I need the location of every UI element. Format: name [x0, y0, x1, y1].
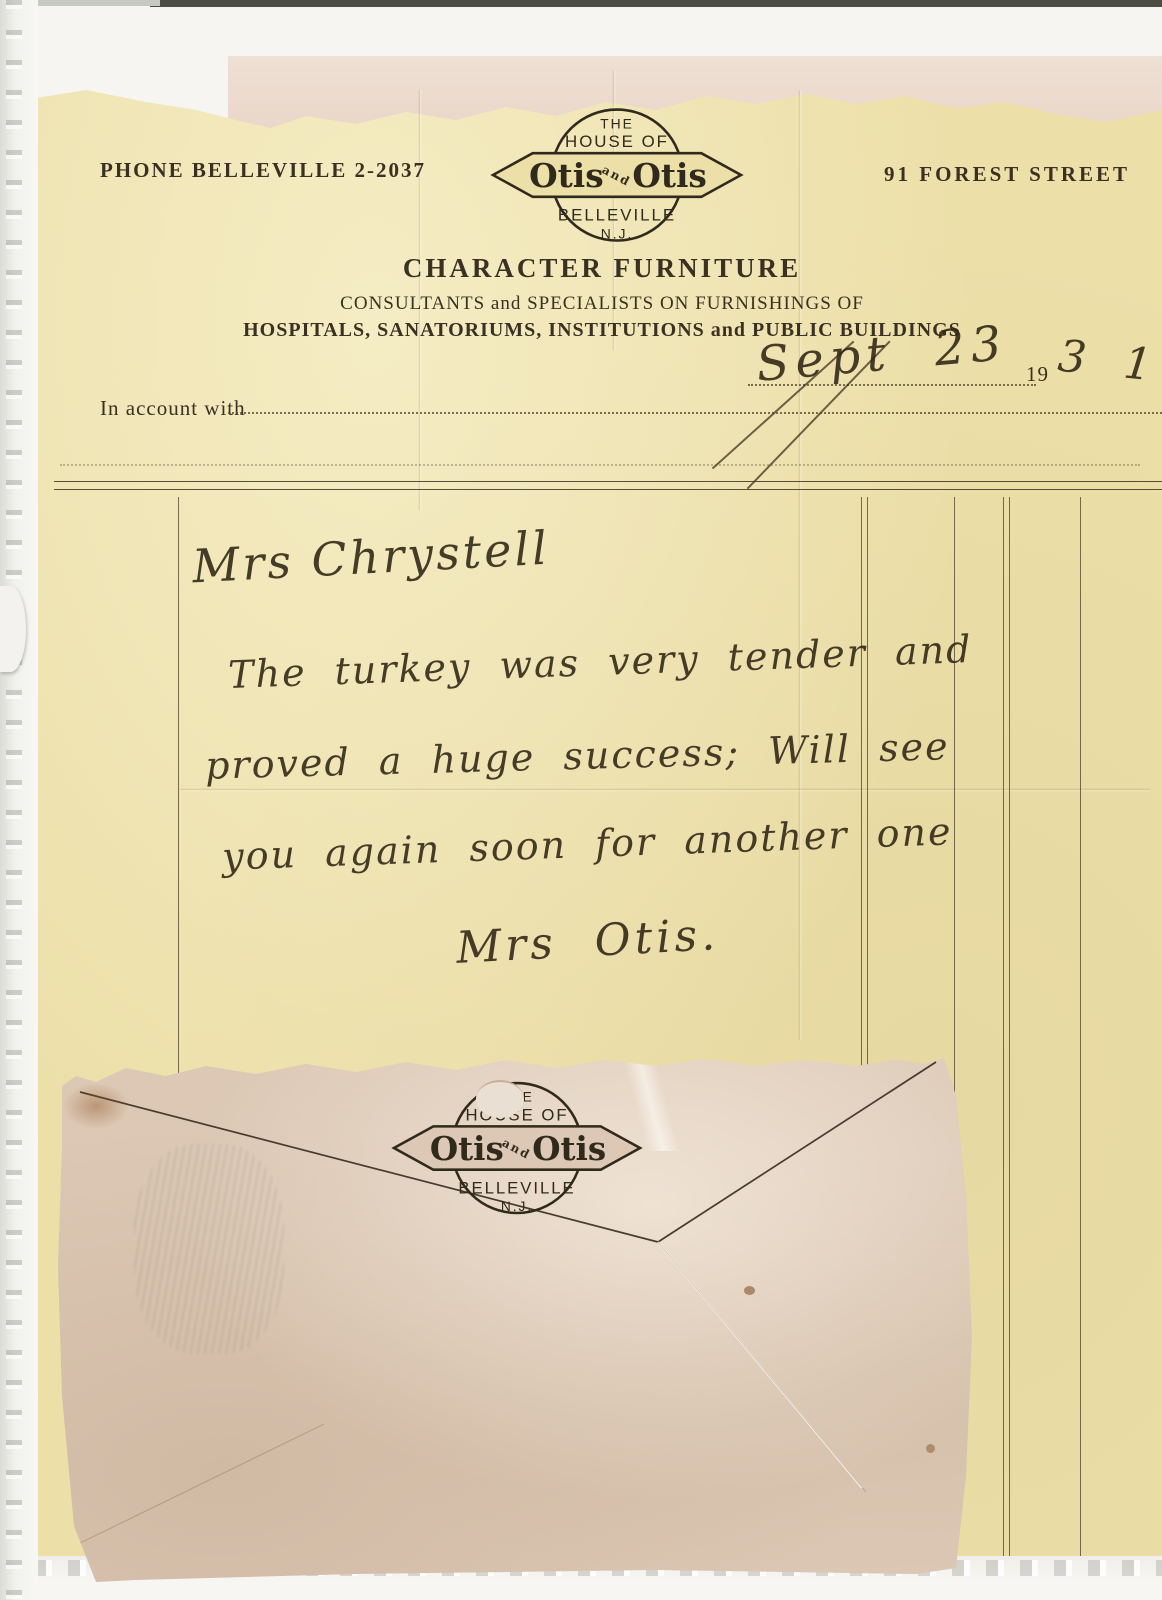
second-dotted-line — [60, 464, 1140, 466]
envelope-torn-spot — [476, 1080, 524, 1118]
printed-year-prefix: 19 — [1026, 362, 1049, 387]
date-line — [748, 384, 1036, 386]
handwritten-body-line-3: you again soon for another one — [221, 809, 953, 878]
column-rule — [1003, 497, 1004, 1556]
business-subtitle-1: CONSULTANTS and SPECIALISTS ON FURNISHIN… — [0, 293, 1162, 315]
business-title: CHARACTER FURNITURE — [0, 253, 1162, 284]
postmark-smudge — [134, 1144, 284, 1354]
account-line — [228, 412, 1162, 414]
logo-name-left: Otis — [529, 156, 604, 195]
logo-name-right: Otis — [532, 1129, 606, 1168]
envelope: THE HOUSE OF Otis and Otis BELLEVILLE N.… — [56, 1056, 972, 1588]
double-rule — [54, 481, 1162, 490]
plastic-sleeve-left-edge — [0, 0, 38, 1600]
company-logo: THE HOUSE OF Otis and Otis BELLEVILLE N.… — [489, 97, 747, 257]
logo-house-of: HOUSE OF — [565, 132, 669, 151]
logo-nj: N.J. — [601, 226, 634, 242]
left-margin-rule — [178, 497, 179, 1075]
logo-belleville: BELLEVILLE — [558, 206, 676, 225]
in-account-with-label: In account with — [100, 396, 246, 421]
sleeve-tab — [0, 586, 26, 672]
phone-number: PHONE BELLEVILLE 2-2037 — [100, 158, 426, 183]
scan-top-edge — [150, 0, 1162, 7]
logo-the: THE — [600, 115, 634, 131]
handwritten-signature: Mrs Otis. — [455, 909, 720, 974]
scanned-letterhead-photo: PHONE BELLEVILLE 2-2037 91 FOREST STREET… — [0, 0, 1162, 1600]
logo-nj: N.J. — [501, 1199, 533, 1214]
envelope-stain-dot — [926, 1444, 935, 1453]
column-rule — [1009, 497, 1010, 1556]
handwritten-body-line-2: proved a huge success; Will see — [205, 724, 951, 787]
envelope-stain-dot — [744, 1286, 755, 1295]
handwritten-year-suffix: 3 1 — [1056, 331, 1162, 393]
handwritten-salutation: Mrs Chrystell — [191, 521, 551, 594]
logo-name-right: Otis — [632, 156, 707, 195]
logo-name-left: Otis — [430, 1129, 504, 1168]
logo-belleville: BELLEVILLE — [458, 1178, 575, 1197]
street-address: 91 FOREST STREET — [884, 162, 1130, 187]
column-rule — [1080, 497, 1081, 1556]
